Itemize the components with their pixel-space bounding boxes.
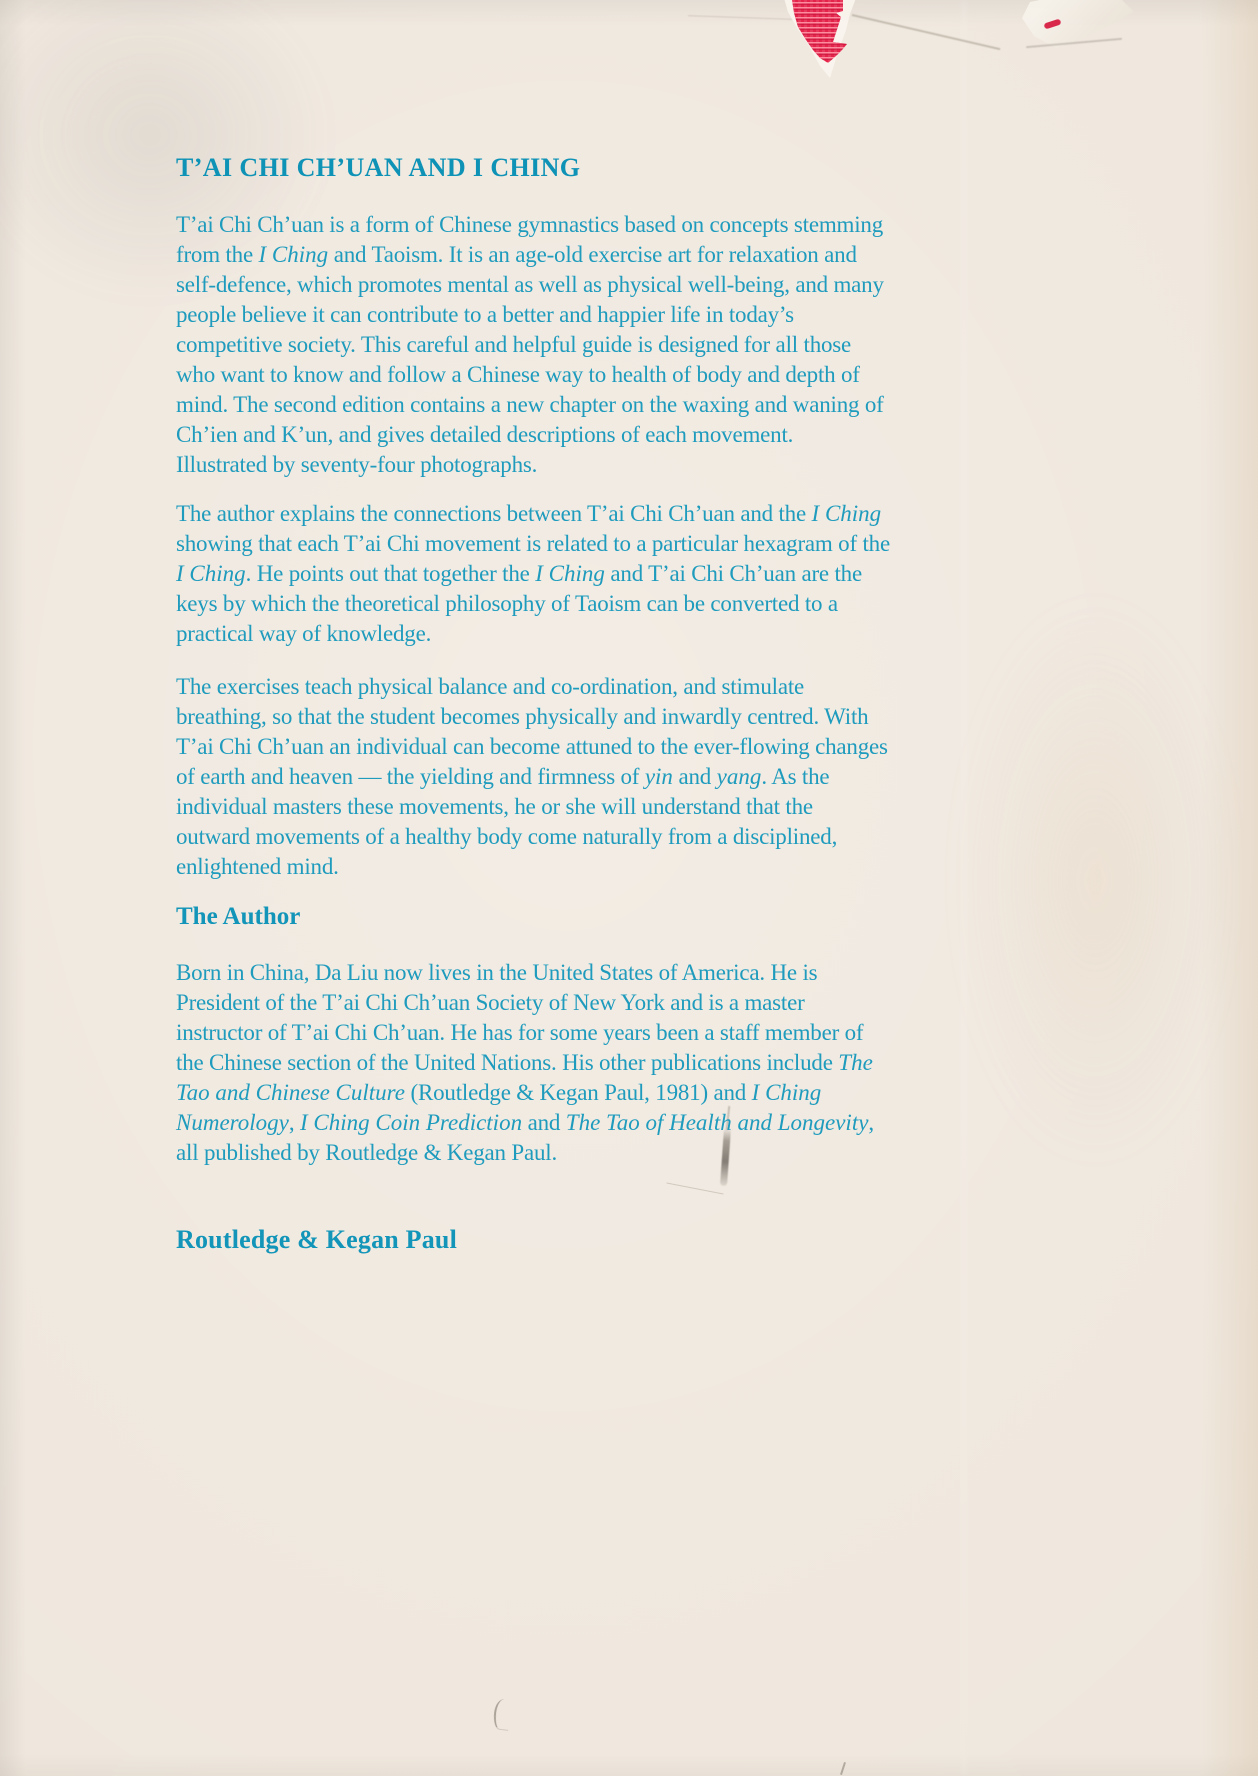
- author-section-heading: The Author: [176, 902, 300, 932]
- book-title: T’AI CHI CH’UAN AND I CHING: [176, 153, 580, 183]
- pencil-squiggle: [492, 1698, 512, 1731]
- bottom-edge-mark: [840, 1762, 846, 1775]
- author-bio-paragraph: Born in China, Da Liu now lives in the U…: [176, 958, 966, 1168]
- paper-stain-right: [960, 600, 1230, 1160]
- blurb-paragraph-3: The exercises teach physical balance and…: [176, 672, 966, 882]
- publisher-imprint: Routledge & Kegan Paul: [176, 1225, 457, 1255]
- book-back-cover: T’AI CHI CH’UAN AND I CHING T’ai Chi Ch’…: [0, 0, 1258, 1776]
- blurb-paragraph-2: The author explains the connections betw…: [176, 499, 966, 649]
- crease-line: [688, 15, 792, 20]
- scratch-mark: [666, 1182, 723, 1194]
- crease-line: [852, 14, 1001, 50]
- blurb-paragraph-1: T’ai Chi Ch’uan is a form of Chinese gym…: [176, 210, 966, 480]
